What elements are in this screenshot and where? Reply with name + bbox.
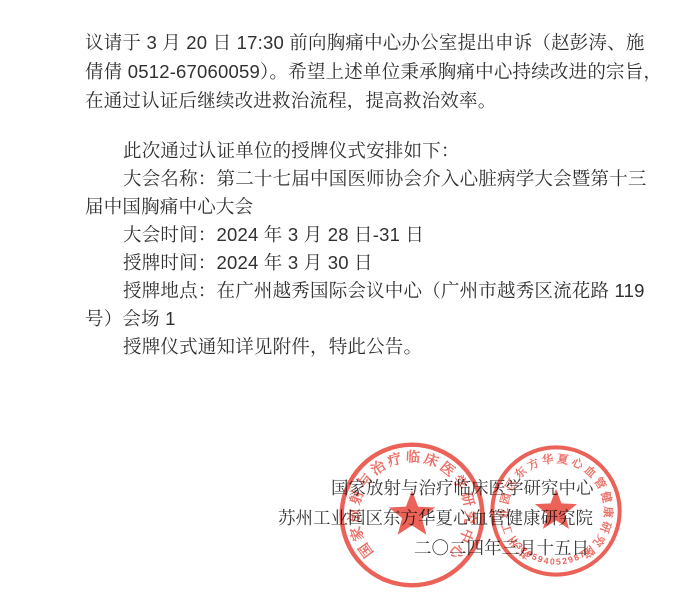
document-page: 议请于 3 月 20 日 17:30 前向胸痛中心办公室提出申诉（赵彭涛、施 倩…: [0, 0, 700, 597]
issuer-org-line-1: 国家放射与治疗临床医学研究中心: [331, 477, 594, 500]
body-line-1: 议请于 3 月 20 日 17:30 前向胸痛中心办公室提出申诉（赵彭涛、施: [85, 31, 645, 55]
body-line-11: 授牌仪式通知详见附件，特此公告。: [123, 335, 422, 359]
issue-date: 二〇二四年三月十五日: [414, 537, 589, 560]
body-line-4: 此次通过认证单位的授牌仪式安排如下：: [123, 139, 460, 163]
body-line-8: 授牌时间：2024 年 3 月 30 日: [123, 251, 373, 275]
body-line-10: 号）会场 1: [85, 307, 176, 331]
body-line-9: 授牌地点：在广州越秀国际会议中心（广州市越秀区流花路 119: [123, 279, 645, 303]
body-line-7: 大会时间：2024 年 3 月 28 日-31 日: [123, 223, 424, 247]
issuer-org-line-2: 苏州工业园区东方华夏心血管健康研究院: [278, 507, 593, 530]
body-line-3: 在通过认证后继续改进救治流程，提高救治效率。: [85, 89, 496, 113]
body-line-2: 倩倩 0512-67060059）。希望上述单位秉承胸痛中心持续改进的宗旨，: [85, 60, 662, 84]
body-line-5: 大会名称：第二十七届中国医师协会介入心脏病学大会暨第十三: [123, 167, 647, 191]
body-line-6: 届中国胸痛中心大会: [85, 195, 253, 219]
